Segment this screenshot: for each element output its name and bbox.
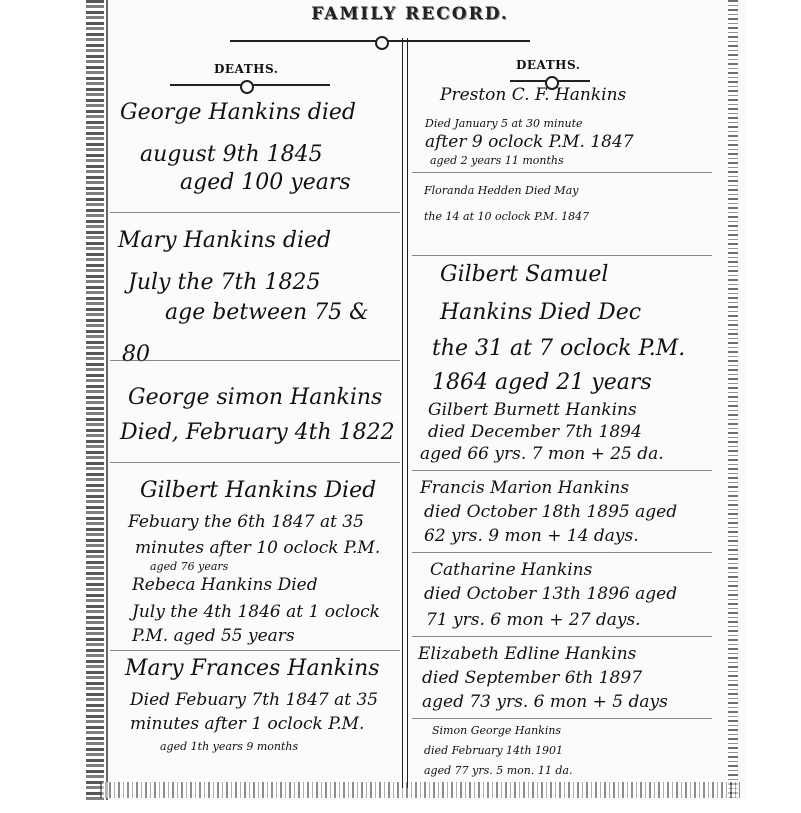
entry-divider bbox=[412, 172, 712, 173]
entry-divider bbox=[110, 360, 400, 361]
title-flourish bbox=[230, 40, 530, 42]
right-heading-flourish bbox=[510, 80, 590, 82]
left-heading-flourish bbox=[170, 84, 330, 86]
entry-divider bbox=[110, 650, 400, 651]
center-divider bbox=[402, 38, 408, 788]
entry-divider bbox=[412, 255, 712, 256]
ornamental-border-left bbox=[86, 0, 104, 800]
entry-divider bbox=[412, 718, 712, 719]
ornamental-border-bottom bbox=[100, 782, 740, 798]
entry-divider bbox=[110, 462, 400, 463]
page-title: FAMILY RECORD. bbox=[200, 4, 620, 24]
flourish-knot-icon bbox=[240, 80, 254, 94]
left-deaths-heading: DEATHS. bbox=[214, 62, 278, 76]
ornamental-border-right bbox=[728, 0, 738, 800]
entry-divider bbox=[412, 470, 712, 471]
flourish-knot-icon bbox=[375, 36, 389, 50]
right-deaths-heading: DEATHS. bbox=[516, 58, 580, 72]
entry-divider bbox=[412, 552, 712, 553]
entry-divider bbox=[412, 636, 712, 637]
entry-divider bbox=[110, 212, 400, 213]
